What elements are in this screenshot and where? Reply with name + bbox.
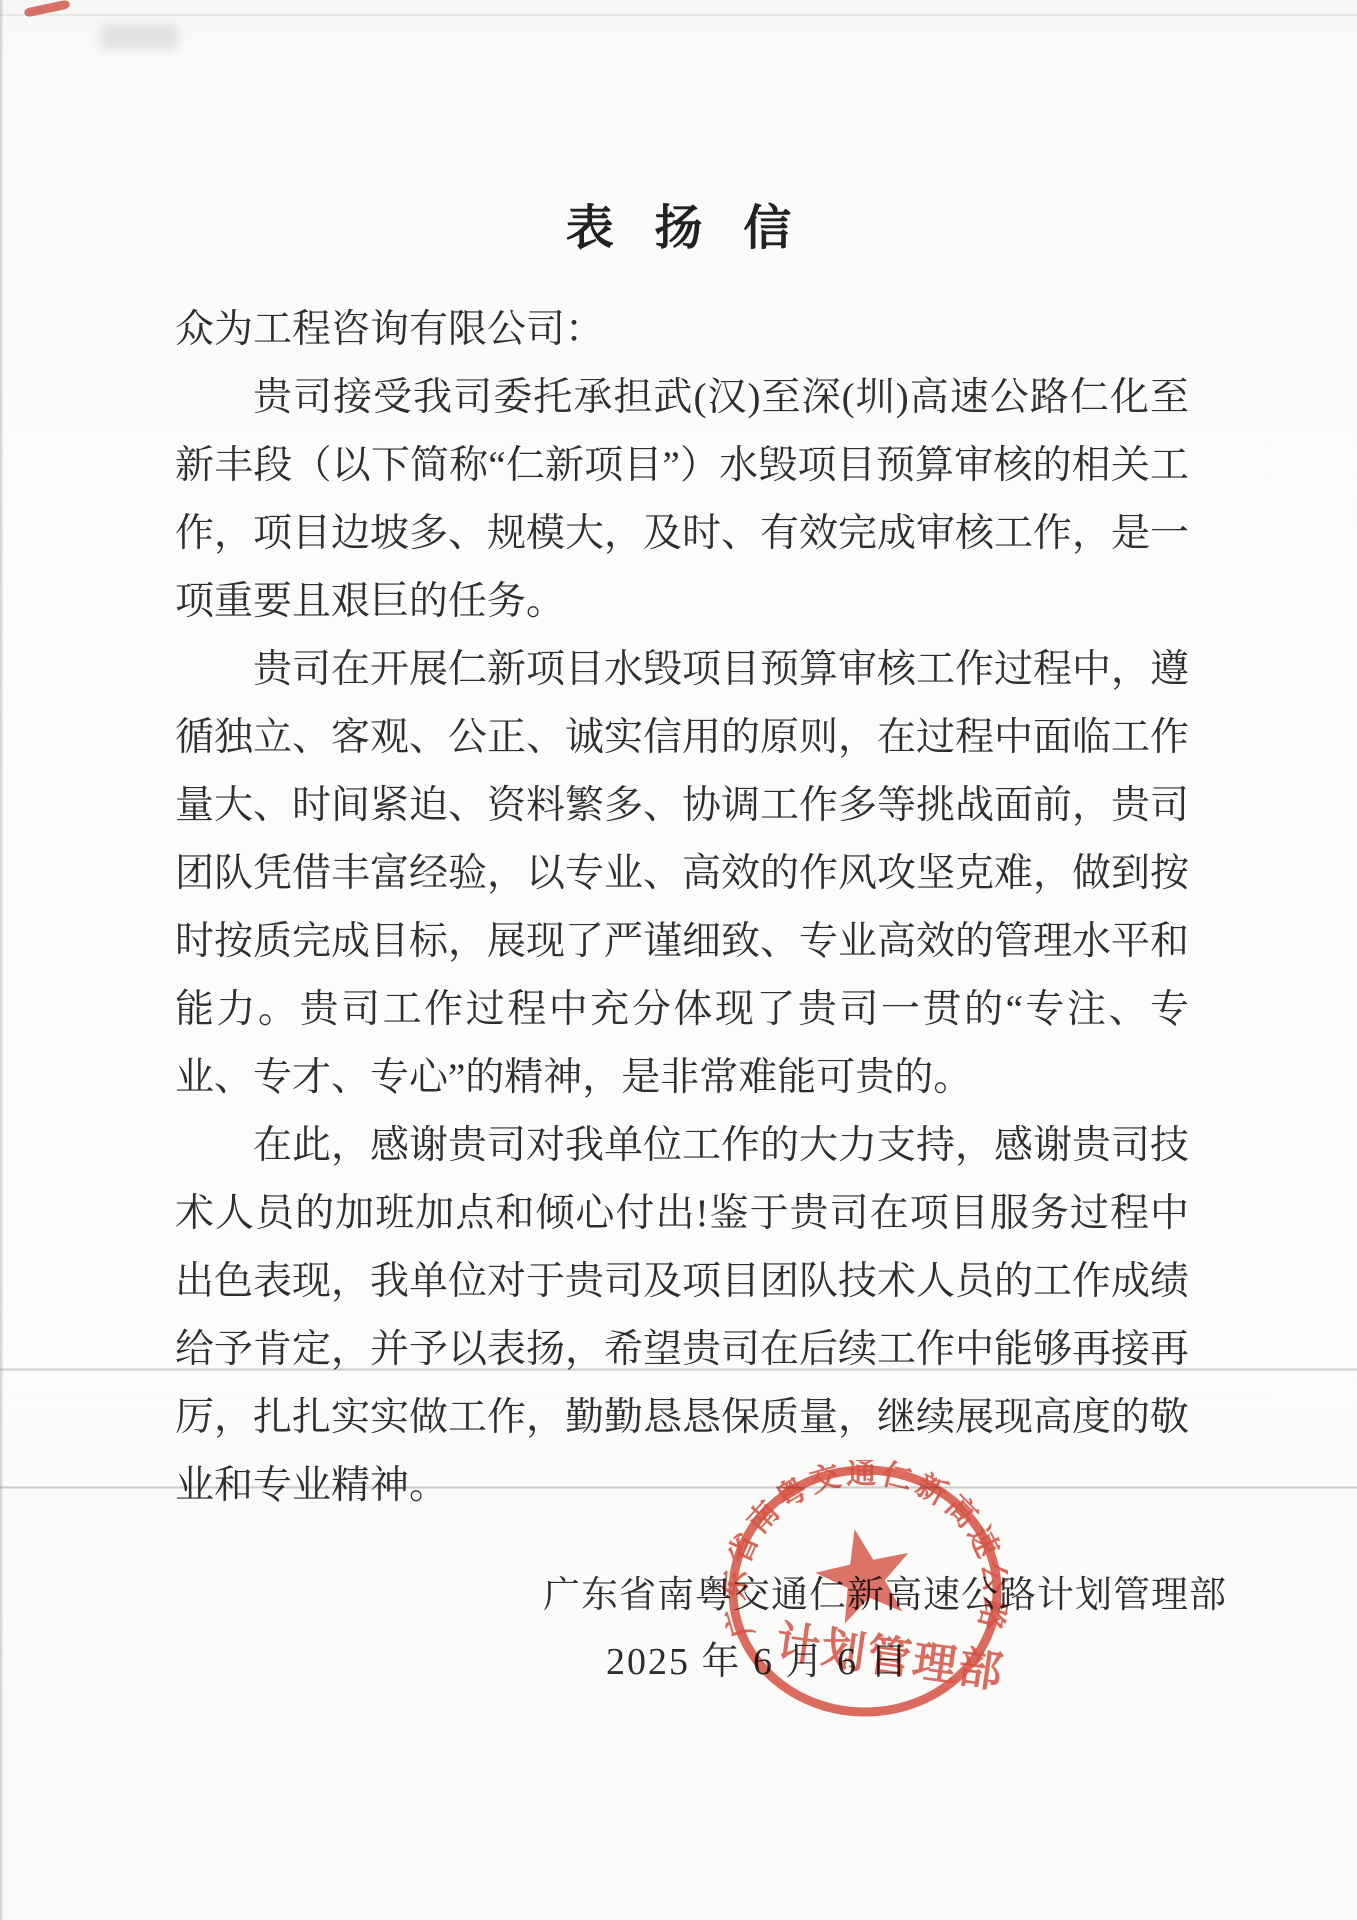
signature-date: 2025 年 6 月 6 日 xyxy=(606,1638,910,1686)
letter-page: 表扬信 众为工程咨询有限公司： 贵司接受我司委托承担武(汉)至深(圳)高速公路仁… xyxy=(0,0,1357,1920)
signature-org: 广东省南粤交通仁新高速公路计划管理部 xyxy=(543,1572,1227,1620)
ghost-text-smudge xyxy=(100,24,178,50)
body-paragraph: 在此，感谢贵司对我单位工作的大力支持，感谢贵司技术人员的加班加点和倾心付出!鉴于… xyxy=(175,1112,1189,1520)
salutation: 众为工程咨询有限公司： xyxy=(175,296,1189,364)
scan-line-artifact xyxy=(0,14,1357,16)
letter-title: 表扬信 xyxy=(0,200,1357,258)
page-edge-shadow xyxy=(0,0,4,1920)
body-paragraph: 贵司接受我司委托承担武(汉)至深(圳)高速公路仁化至新丰段（以下简称“仁新项目”… xyxy=(175,364,1189,636)
letter-body: 众为工程咨询有限公司： 贵司接受我司委托承担武(汉)至深(圳)高速公路仁化至新丰… xyxy=(175,296,1189,1520)
body-paragraph: 贵司在开展仁新项目水毁项目预算审核工作过程中，遵循独立、客观、公正、诚实信用的原… xyxy=(175,636,1189,1112)
